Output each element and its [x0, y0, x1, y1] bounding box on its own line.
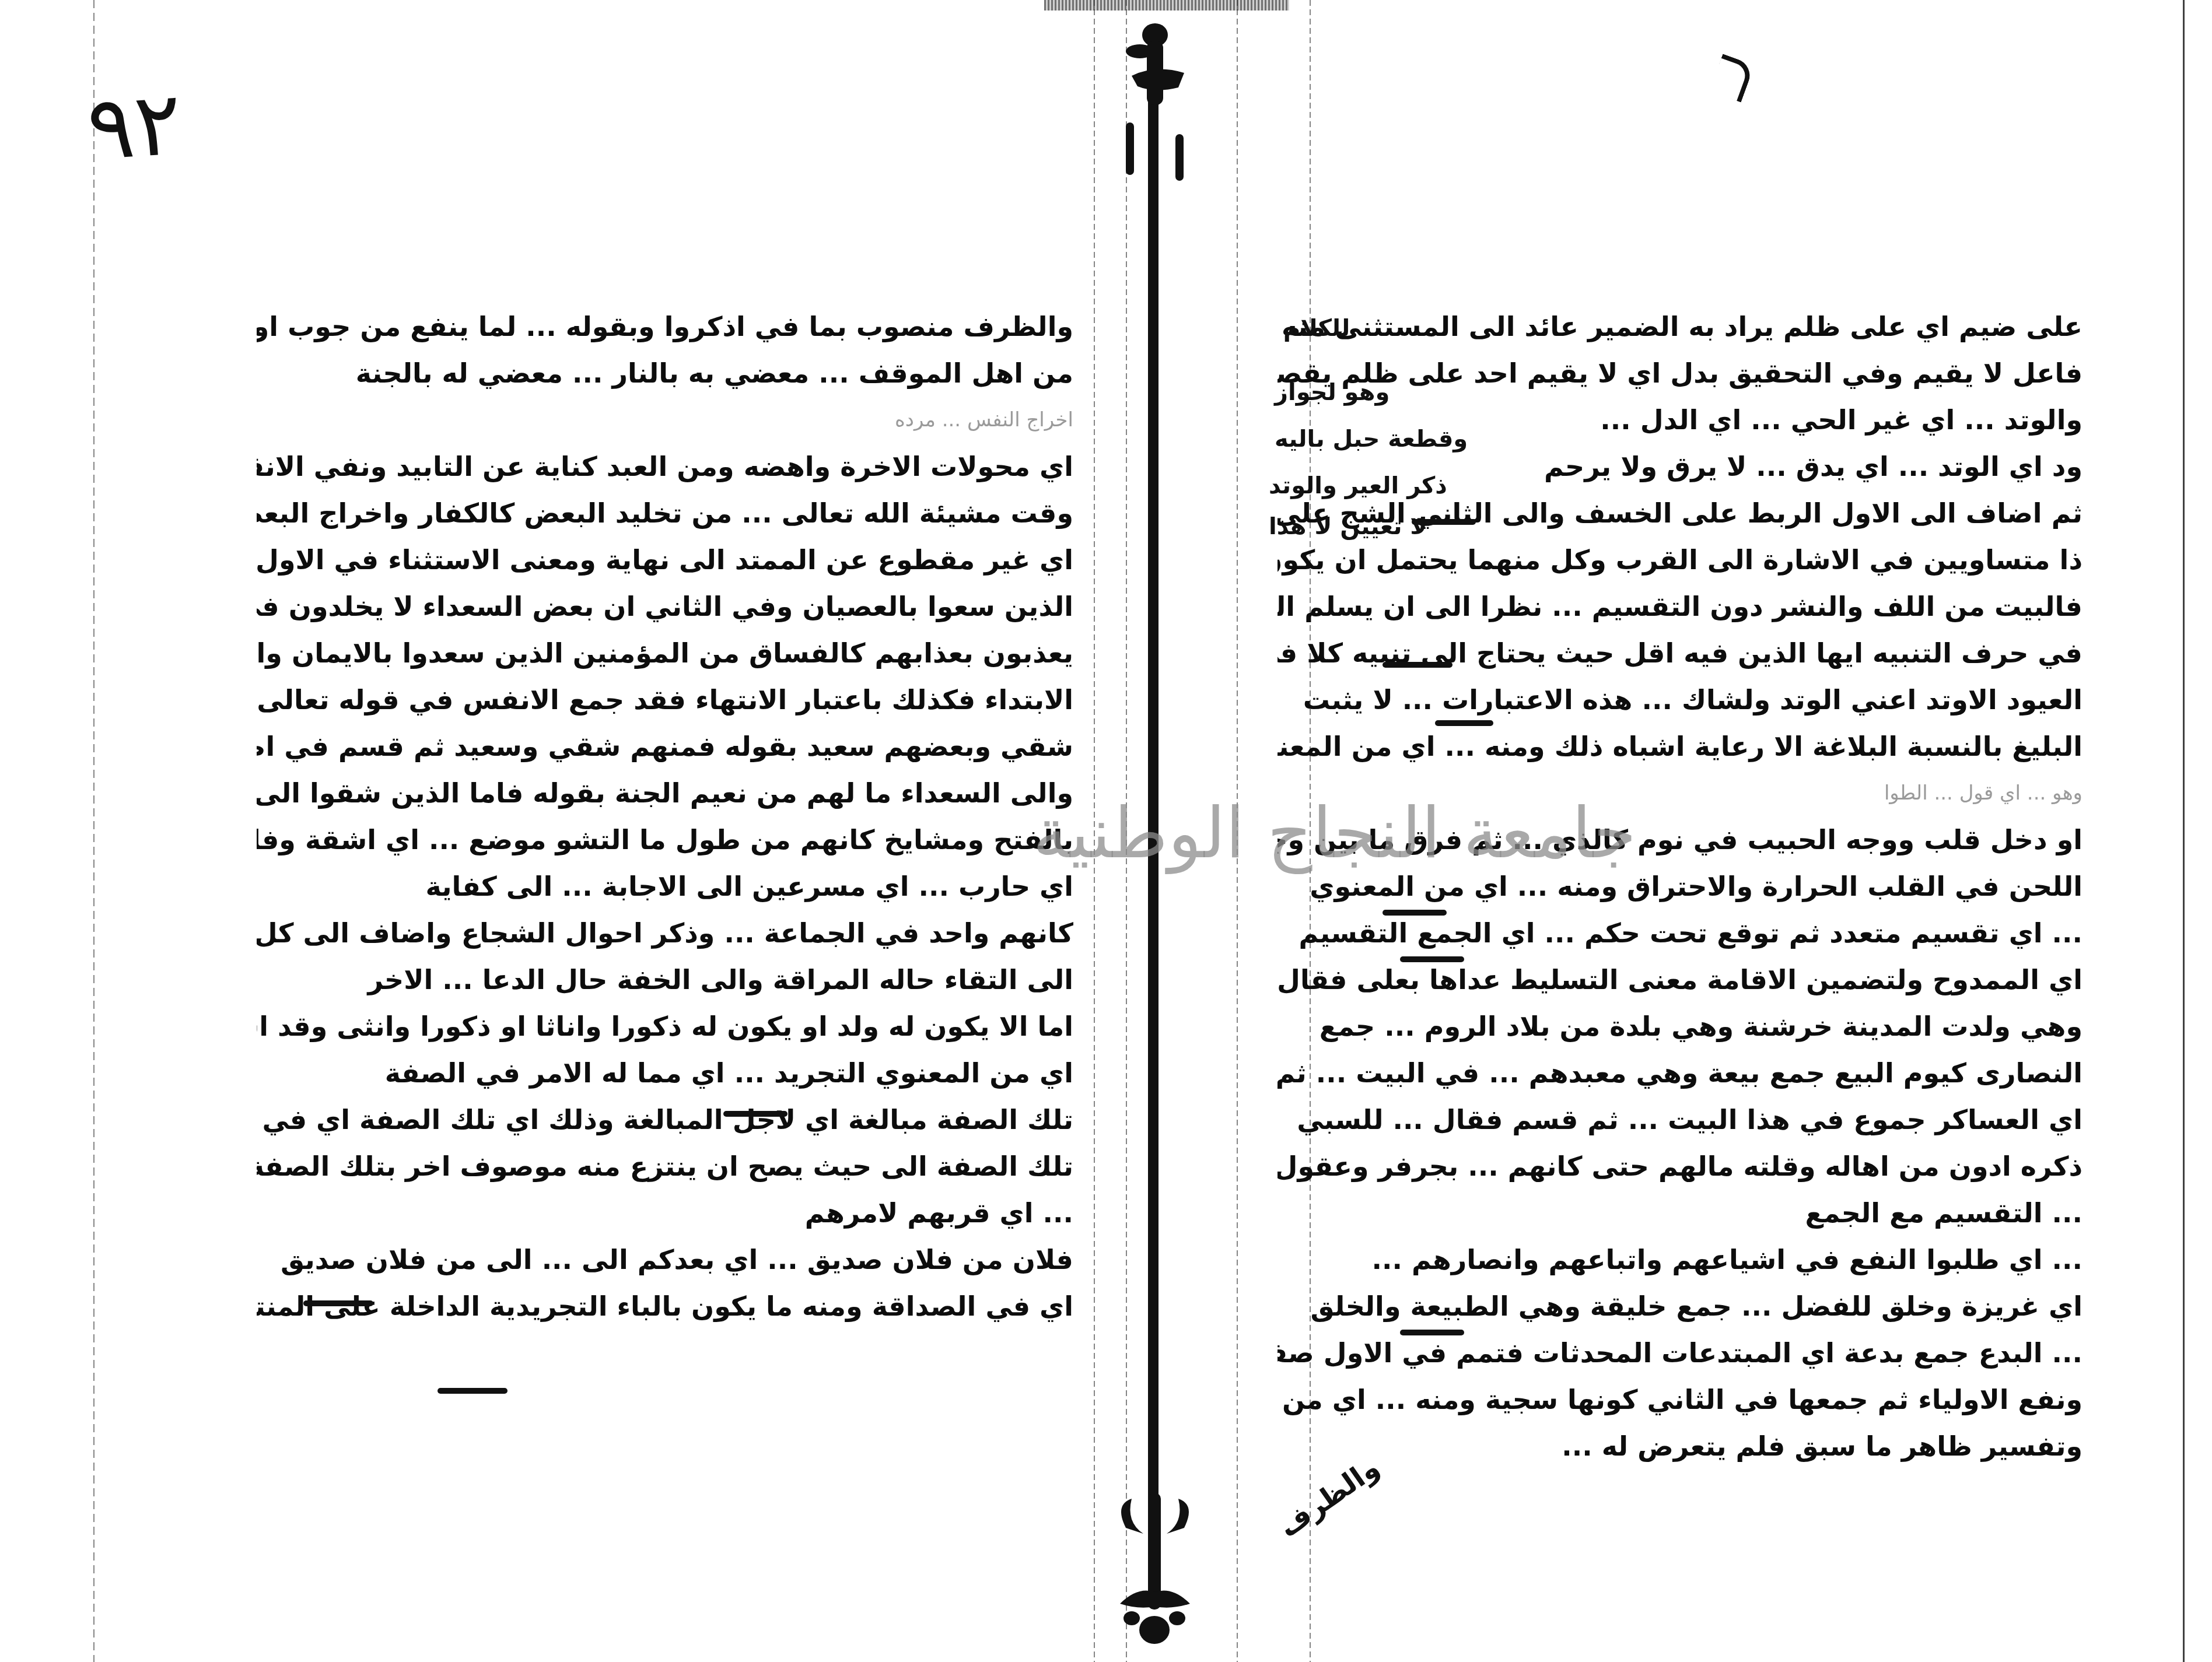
text-line: ونفع الاولياء ثم جمعها في الثاني كونها س… — [1277, 1376, 2082, 1423]
text-line: الى التقاء حاله المراقة والى الخفة حال ا… — [257, 956, 1073, 1003]
text-line: يعذبون بعذابهم كالفساق من المؤمنين الذين… — [257, 630, 1073, 676]
text-line: اي العساكر جموع في هذا البيت ... ثم قسم … — [1277, 1096, 2082, 1143]
text-line: ... التقسيم مع الجمع — [1277, 1190, 2082, 1236]
text-line: النصارى كيوم البيع جمع بيعة وهي معبدهم .… — [1277, 1050, 2082, 1096]
margin-note: لا تعيين لا هذا — [1269, 513, 1427, 540]
text-line: الابتداء فكذلك باعتبار الانتهاء فقد جمع … — [257, 676, 1073, 723]
text-line: والى السعداء ما لهم من نعيم الجنة بقوله … — [257, 770, 1073, 816]
rubric-stroke — [437, 1388, 508, 1394]
text-line: بالفتح ومشايخ كانهم من طول ما التشو موضع… — [257, 816, 1073, 863]
margin-note: وقطعة حبل باليه — [1275, 426, 1468, 453]
gutter-rule — [1237, 0, 1238, 1662]
corner-mark-icon — [1709, 54, 1755, 103]
gutter-rule — [1094, 0, 1095, 1662]
text-line: وتفسير ظاهر ما سبق فلم يتعرض له ... — [1277, 1423, 2082, 1470]
spine-mark — [1175, 134, 1184, 181]
text-line: البليغ بالنسبة البلاغة الا رعاية اشباه ذ… — [1277, 723, 2082, 770]
text-line: على ضيم اي على ظلم يراد به الضمير عائد ا… — [1277, 303, 2082, 350]
text-line: من اهل الموقف ... معضي به بالنار ... معض… — [257, 350, 1073, 397]
text-line: فلان من فلان صديق ... اي بعدكم الى ... ا… — [257, 1236, 1073, 1283]
binding-spine — [1148, 35, 1158, 1598]
spine-ornament-bottom-icon — [1108, 1493, 1202, 1645]
left-page: والظرف منصوب بما في اذكروا وبقوله ... لم… — [257, 303, 1073, 1330]
text-line: وهو ... اي قول ... الطوا — [1277, 770, 2082, 816]
rubric-stroke — [723, 1111, 787, 1117]
rubric-stroke — [1435, 720, 1493, 726]
text-line: وقت مشيئة الله تعالى ... من تخليد البعض … — [257, 490, 1073, 537]
margin-note: للكلام — [1283, 315, 1350, 342]
rubric-stroke — [303, 1300, 373, 1306]
rubric-stroke — [1400, 1330, 1464, 1335]
text-line: ... البدع جمع بدعة اي المبتدعات المحدثات… — [1277, 1330, 2082, 1376]
margin-note: ذكر العير والوتد — [1269, 472, 1447, 499]
rubric-stroke — [1382, 910, 1447, 916]
spine-mark — [1126, 122, 1134, 175]
text-line: اي في الصداقة ومنه ما يكون بالباء التجري… — [257, 1283, 1073, 1330]
scan-edge-left — [93, 0, 94, 1662]
text-line: ذكره ادون من اهاله وقلته مالهم حتى كانهم… — [1277, 1143, 2082, 1190]
text-line: تلك الصفة الى حيث يصح ان ينتزع منه موصوف… — [257, 1143, 1073, 1190]
text-line: وهي ولدت المدينة خرشنة وهي بلدة من بلاد … — [1277, 1003, 2082, 1050]
text-line: فاعل لا يقيم وفي التحقيق بدل اي لا يقيم … — [1277, 350, 2082, 397]
text-line: والظرف منصوب بما في اذكروا وبقوله ... لم… — [257, 303, 1073, 350]
text-line: العيود الاوتد اعني الوتد ولشاك ... هذه ا… — [1277, 676, 2082, 723]
text-line: ... اي قربهم لامرهم — [257, 1190, 1073, 1236]
gutter-rule — [1126, 0, 1127, 1662]
text-line: ... اي تقسيم متعدد ثم توقع تحت حكم ... ا… — [1277, 910, 2082, 956]
page-number: ٩٢ — [84, 73, 185, 181]
text-line: اي الممدوح ولتضمين الاقامة معنى التسليط … — [1277, 956, 2082, 1003]
text-line: في حرف التنبيه ايها الذين فيه اقل حيث يح… — [1277, 630, 2082, 676]
text-line: او دخل قلب ووجه الحبيب في نوم كالذي ... … — [1277, 816, 2082, 863]
text-line: اي محولات الاخرة واهضه ومن العبد كناية ع… — [257, 443, 1073, 490]
margin-note: وهو لجواز — [1275, 379, 1389, 406]
text-line: اي غريزة وخلق للفضل ... جمع خليقة وهي ال… — [1277, 1283, 2082, 1330]
text-line: ذا متساويين في الاشارة الى القرب وكل منه… — [1277, 537, 2082, 583]
scan-edge-right — [2183, 0, 2185, 1662]
text-line: تلك الصفة مبالغة اي لاجل المبالغة وذلك ا… — [257, 1096, 1073, 1143]
rubric-stroke — [1400, 956, 1464, 962]
text-line: ... اي طلبوا النفع في اشياعهم واتباعهم و… — [1277, 1236, 2082, 1283]
text-line: اخراج النفس ... مرده — [257, 397, 1073, 443]
text-line: اي حارب ... اي مسرعين الى الاجابة ... ال… — [257, 863, 1073, 910]
spine-ornament-top-icon — [1120, 17, 1190, 111]
rubric-stroke — [1382, 662, 1452, 668]
text-line: اما الا يكون له ولد او يكون له ذكورا وان… — [257, 1003, 1073, 1050]
text-line: الذين سعوا بالعصيان وفي الثاني ان بعض ال… — [257, 583, 1073, 630]
text-line: كانهم واحد في الجماعة ... وذكر احوال الش… — [257, 910, 1073, 956]
rubric-stroke — [1412, 519, 1476, 525]
scan-top-noise — [1044, 0, 1289, 10]
text-line: شقي وبعضهم سعيد بقوله فمنهم شقي وسعيد ثم… — [257, 723, 1073, 770]
text-line: اي من المعنوي التجريد ... اي مما له الام… — [257, 1050, 1073, 1096]
manuscript-spread: ٩٢ والظرف منصوب بما في اذكروا وبقوله ...… — [0, 0, 2212, 1662]
text-line: اللحن في القلب الحرارة والاحتراق ومنه ..… — [1277, 863, 2082, 910]
text-line: اي غير مقطوع عن الممتد الى نهاية ومعنى ا… — [257, 537, 1073, 583]
text-line: فالبيت من اللف والنشر دون التقسيم ... نظ… — [1277, 583, 2082, 630]
